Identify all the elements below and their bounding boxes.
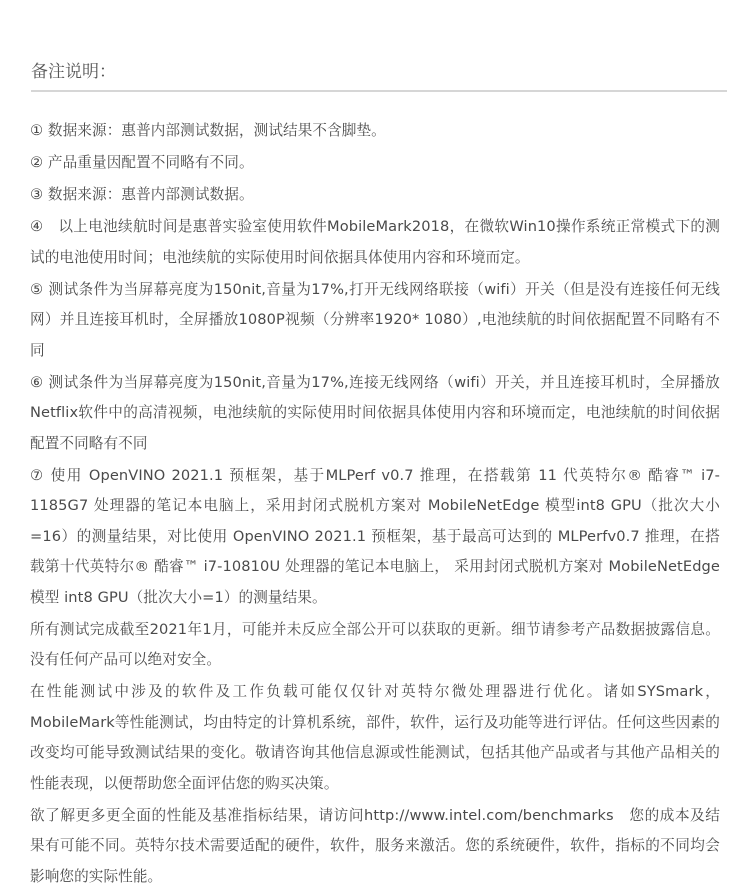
notes-list: ① 数据来源：惠普内部测试数据，测试结果不含脚垫。 ② 产品重量因配置不同略有不…	[30, 116, 720, 894]
note-5-battery-video: ⑤ 测试条件为当屏幕亮度为150nit,音量为17%,打开无线网络联接（wifi…	[30, 275, 720, 367]
note-7-openvino: ⑦ 使用 OpenVINO 2021.1 预框架，基于MLPerf v0.7 推…	[30, 461, 720, 614]
note-test-date: 所有测试完成截至2021年1月，可能并未反应全部公开可以获取的更新。细节请参考产…	[30, 615, 720, 676]
note-2-weight: ② 产品重量因配置不同略有不同。	[30, 148, 720, 179]
disclaimer-page: 备注说明： ① 数据来源：惠普内部测试数据，测试结果不含脚垫。 ② 产品重量因配…	[0, 0, 750, 894]
note-benchmarks-link: 欲了解更多更全面的性能及基准指标结果，请访问http://www.intel.c…	[30, 801, 720, 893]
note-4-battery-mobilemark: ④ 以上电池续航时间是惠普实验室使用软件MobileMark2018，在微软Wi…	[30, 212, 720, 273]
note-3-data-source: ③ 数据来源：惠普内部测试数据。	[30, 180, 720, 211]
note-performance-tests: 在性能测试中涉及的软件及工作负载可能仅仅针对英特尔微处理器进行优化。诸如SYSm…	[30, 677, 720, 799]
note-6-battery-netflix: ⑥ 测试条件为当屏幕亮度为150nit,音量为17%,连接无线网络（wifi）开…	[30, 368, 720, 460]
title-divider	[31, 90, 727, 92]
section-title: 备注说明：	[31, 58, 116, 86]
note-1-data-source: ① 数据来源：惠普内部测试数据，测试结果不含脚垫。	[30, 116, 720, 147]
